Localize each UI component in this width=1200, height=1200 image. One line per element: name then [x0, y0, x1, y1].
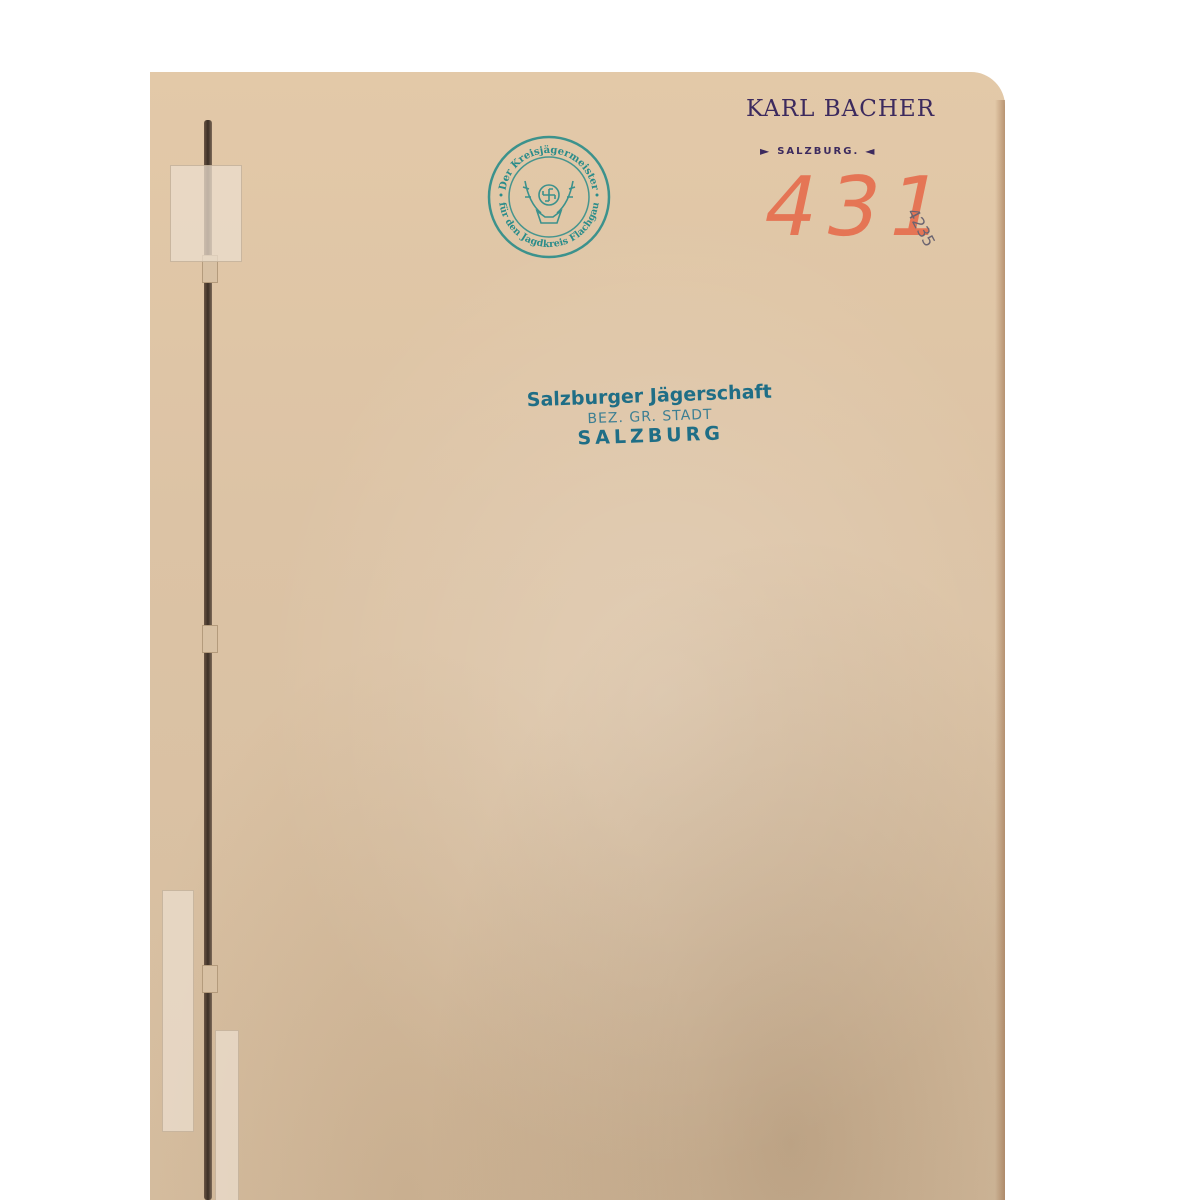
pointing-hand-icon: ►	[760, 144, 771, 158]
binding-stitch	[202, 965, 218, 993]
owner-stamp-city-line: ► SALZBURG. ◄	[760, 144, 960, 158]
owner-stamp-city: SALZBURG.	[777, 146, 859, 157]
page-right-edge	[995, 100, 1005, 1200]
tape-repair	[162, 890, 194, 1132]
jaegerschaft-stamp: Salzburger Jägerschaft BEZ. GR. STADT SA…	[504, 380, 796, 452]
eagle-with-swastika-and-antlers-icon	[523, 181, 575, 223]
tape-repair	[170, 165, 242, 262]
tape-repair	[215, 1030, 239, 1200]
kreisjaegermeister-seal: Der Kreisjägermeister für den Jagdkreis …	[485, 133, 613, 261]
owner-stamp-name: KARL BACHER	[746, 96, 966, 122]
pointing-hand-icon: ◄	[865, 144, 876, 158]
binding-stitch	[202, 625, 218, 653]
